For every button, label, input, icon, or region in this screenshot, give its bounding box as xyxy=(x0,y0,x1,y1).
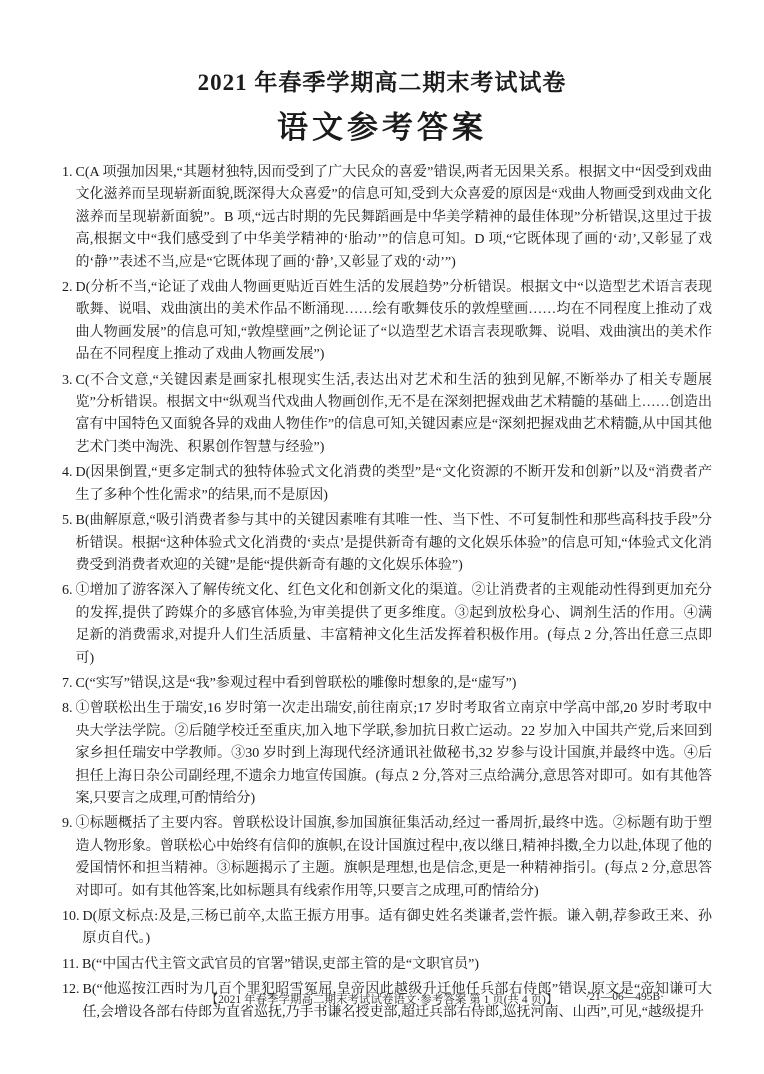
answer-text: D(因果倒置,“更多定制式的独特体验式文化消费的类型”是“文化资源的不断开发和创… xyxy=(76,462,713,507)
answer-text: B(曲解原意,“吸引消费者参与其中的关键因素唯有其唯一性、当下性、不可复制性和那… xyxy=(76,510,713,577)
answer-text: C(A 项强加因果,“其题材独特,因而受到了广大民众的喜爱”错误,两者无因果关系… xyxy=(76,162,713,274)
answer-number: 6. xyxy=(62,580,73,670)
answer-item-7: 7. C(“实写”错误,这是“我”参观过程中看到曾联松的雕像时想象的,是“虚写”… xyxy=(62,673,712,695)
answer-text: C(“实写”错误,这是“我”参观过程中看到曾联松的雕像时想象的,是“虚写”) xyxy=(76,673,713,695)
answer-text: ①标题概括了主要内容。曾联松设计国旗,参加国旗征集活动,经过一番周折,最终中选。… xyxy=(76,813,713,903)
answer-number: 9. xyxy=(62,813,73,903)
answer-item-3: 3. C(不合文意,“关键因素是画家扎根现实生活,表达出对艺术和生活的独到见解,… xyxy=(62,370,712,460)
answer-item-2: 2. D(分析不当,“论证了戏曲人物画更贴近百姓生活的发展趋势”分析错误。根据文… xyxy=(62,277,712,367)
answer-text: D(原文标点:及是,三杨已前卒,太监王振方用事。适有御史姓名类谦者,尝忤振。谦入… xyxy=(83,906,713,951)
answer-number: 4. xyxy=(62,462,73,507)
answer-number: 1. xyxy=(62,162,73,274)
answer-text: ①曾联松出生于瑞安,16 岁时第一次走出瑞安,前往南京;17 岁时考取省立南京中… xyxy=(76,698,713,810)
answer-item-6: 6. ①增加了游客深入了解传统文化、红色文化和创新文化的渠道。②让消费者的主观能… xyxy=(62,580,712,670)
answer-number: 5. xyxy=(62,510,73,577)
answer-item-11: 11. B(“中国古代主管文武官员的官署”错误,吏部主管的是“文职官员”) xyxy=(62,954,712,976)
answer-number: 7. xyxy=(62,673,73,695)
answer-item-10: 10. D(原文标点:及是,三杨已前卒,太监王振方用事。适有御史姓名类谦者,尝忤… xyxy=(62,906,712,951)
exam-answer-sheet-page: 2021 年春季学期高二期末考试试卷 语文参考答案 1. C(A 项强加因果,“… xyxy=(0,0,764,1074)
answer-number: 2. xyxy=(62,277,73,367)
page-footer: 【2021 年春季学期高二期末考试试卷语文·参考答案 第 1 页(共 4 页)】… xyxy=(0,991,764,1007)
answer-text: ①增加了游客深入了解传统文化、红色文化和创新文化的渠道。②让消费者的主观能动性得… xyxy=(76,580,713,670)
footer-code: ·21—06—495B· xyxy=(585,991,664,1003)
answer-number: 8. xyxy=(62,698,73,810)
page-title: 语文参考答案 xyxy=(0,102,764,147)
answer-item-9: 9. ①标题概括了主要内容。曾联松设计国旗,参加国旗征集活动,经过一番周折,最终… xyxy=(62,813,712,903)
answer-number: 3. xyxy=(62,370,73,460)
answer-number: 10. xyxy=(62,906,80,951)
exam-title: 2021 年春季学期高二期末考试试卷 xyxy=(0,64,764,97)
answer-number: 11. xyxy=(62,954,79,976)
answer-text: B(“中国古代主管文武官员的官署”错误,吏部主管的是“文职官员”) xyxy=(82,954,712,976)
answer-text: D(分析不当,“论证了戏曲人物画更贴近百姓生活的发展趋势”分析错误。根据文中“以… xyxy=(76,277,713,367)
answer-item-4: 4. D(因果倒置,“更多定制式的独特体验式文化消费的类型”是“文化资源的不断开… xyxy=(62,462,712,507)
answer-item-1: 1. C(A 项强加因果,“其题材独特,因而受到了广大民众的喜爱”错误,两者无因… xyxy=(62,162,712,274)
answer-item-5: 5. B(曲解原意,“吸引消费者参与其中的关键因素唯有其唯一性、当下性、不可复制… xyxy=(62,510,712,577)
footer-caption: 【2021 年春季学期高二期末考试试卷语文·参考答案 第 1 页(共 4 页)】 xyxy=(207,994,558,1006)
answers-list: 1. C(A 项强加因果,“其题材独特,因而受到了广大民众的喜爱”错误,两者无因… xyxy=(0,162,764,1024)
answer-item-8: 8. ①曾联松出生于瑞安,16 岁时第一次走出瑞安,前往南京;17 岁时考取省立… xyxy=(62,698,712,810)
answer-text: C(不合文意,“关键因素是画家扎根现实生活,表达出对艺术和生活的独到见解,不断举… xyxy=(76,370,713,460)
